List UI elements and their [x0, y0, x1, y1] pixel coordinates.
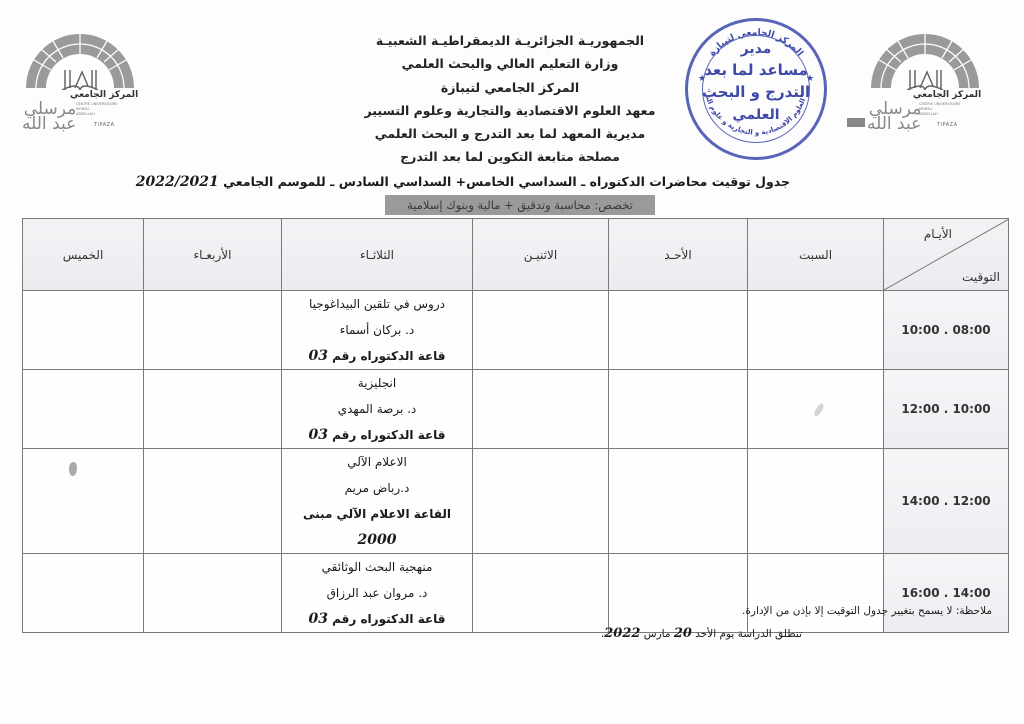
cell-sunday — [609, 370, 748, 449]
cell-wednesday — [144, 554, 282, 633]
course-name: دروس في تلقين البيداغوجيا — [282, 291, 472, 317]
cell-saturday — [748, 554, 884, 633]
logo-subtitle: CENTRE UNIVERSITAIREMORSLIABDELLAH — [76, 102, 118, 117]
stamp-line-2: مساعد لما بعد — [688, 61, 824, 79]
official-stamp: المركز الجامعي لتيبازة معهد العلوم الاقت… — [685, 18, 827, 160]
logo-calligraphy: مرسليعبد الله — [867, 102, 921, 132]
day-header-saturday: السبت — [748, 219, 884, 291]
university-logo-right: المركز الجامعي CENTRE UNIVERSITAIREMORSL… — [845, 30, 1005, 130]
room-name: قاعة الدكتوراه رقم 03 — [282, 606, 472, 632]
cell-tuesday: دروس في تلقين البيداغوجيا د. بركان أسماء… — [282, 291, 473, 370]
cell-thursday — [23, 291, 144, 370]
note-start-date: تنطلق الدراسة يوم الأحد 20 مارس 2022. — [601, 626, 802, 641]
logo-calligraphy: مرسليعبد الله — [22, 102, 76, 132]
session-entry: منهجية البحث الوثائقي د. مروان عبد الرزا… — [282, 554, 472, 632]
header-institute: معهد العلوم الاقتصادية والتجارية وعلوم ا… — [330, 103, 690, 118]
university-logo-left: المركز الجامعي CENTRE UNIVERSITAIREMORSL… — [0, 30, 160, 130]
cell-monday — [473, 291, 609, 370]
logo-name: المركز الجامعي — [913, 90, 981, 100]
header-service: مصلحة متابعة التكوين لما بعد التدرج — [330, 149, 690, 164]
session-entry: دروس في تلقين البيداغوجيا د. بركان أسماء… — [282, 291, 472, 369]
day-header-thursday: الخميس — [23, 219, 144, 291]
time-slot: 10:00 . 08:00 — [884, 291, 1009, 370]
cell-tuesday: منهجية البحث الوثائقي د. مروان عبد الرزا… — [282, 554, 473, 633]
course-name: منهجية البحث الوثائقي — [282, 554, 472, 580]
cell-wednesday — [144, 291, 282, 370]
logo-tipaza: TIPAZA — [94, 122, 115, 128]
cell-tuesday: انجليزية د. برصة المهدي قاعة الدكتوراه ر… — [282, 370, 473, 449]
cell-saturday — [748, 449, 884, 554]
cell-monday — [473, 370, 609, 449]
time-slot: 12:00 . 10:00 — [884, 370, 1009, 449]
room-name: قاعة الدكتوراه رقم 03 — [282, 343, 472, 369]
specialization-band: تخصص: محاسبة وتدقيق + مالية وبنوك إسلامي… — [385, 195, 655, 215]
logo-arch-icon — [865, 30, 985, 90]
academic-year: 2022/2021 — [136, 174, 219, 190]
teacher-name: د.رباض مريم — [282, 475, 472, 501]
cell-monday — [473, 449, 609, 554]
header-ministry: وزارة التعليم العالي والبحث العلمي — [330, 56, 690, 71]
logo-subtitle: CENTRE UNIVERSITAIREMORSLIABDELLAH — [919, 102, 961, 117]
logo-arch-icon — [20, 30, 140, 90]
day-header-tuesday: الثلاثـاء — [282, 219, 473, 291]
note-schedule-change: ملاحظة: لا يسمح بتغيير جدول التوقيت إلا … — [742, 605, 992, 617]
stamp-title: مدير — [688, 41, 824, 57]
days-label: الأيـام — [924, 227, 952, 241]
table-header-row: الأيـام التوقيت السبت الأحـد الاثنيـن ال… — [23, 219, 1009, 291]
header-republic: الجمهوريـة الجزائريـة الديمقراطيـة الشعب… — [330, 33, 690, 48]
schedule-title: جدول توقيت محاضرات الدكتوراه ـ السداسي ا… — [230, 174, 790, 190]
header-university: المركز الجامعي لتيبازة — [330, 80, 690, 95]
course-name: انجليزية — [282, 370, 472, 396]
logo-name: المركز الجامعي — [70, 90, 138, 100]
table-row: 12:00 . 10:00 انجليزية د. برصة المهدي قا… — [23, 370, 1009, 449]
cell-thursday — [23, 449, 144, 554]
teacher-name: د. برصة المهدي — [282, 396, 472, 422]
cell-sunday — [609, 554, 748, 633]
time-label: التوقيت — [962, 270, 1000, 284]
cell-thursday — [23, 554, 144, 633]
stamp-line-4: العلمي — [688, 107, 824, 123]
schedule-table: الأيـام التوقيت السبت الأحـد الاثنيـن ال… — [22, 218, 1009, 633]
day-header-sunday: الأحـد — [609, 219, 748, 291]
header-corner-cell: الأيـام التوقيت — [884, 219, 1009, 291]
logo-tipaza: TIPAZA — [937, 122, 958, 128]
cell-thursday — [23, 370, 144, 449]
course-name: الاعلام الآلي — [282, 449, 472, 475]
teacher-name: د. مروان عبد الرزاق — [282, 580, 472, 606]
stamp-line-3: التدرج و البحث — [688, 83, 824, 101]
day-header-monday: الاثنيـن — [473, 219, 609, 291]
session-entry: انجليزية د. برصة المهدي قاعة الدكتوراه ر… — [282, 370, 472, 448]
day-header-wednesday: الأربعـاء — [144, 219, 282, 291]
cell-tuesday: الاعلام الآلي د.رباض مريم القاعة الاعلام… — [282, 449, 473, 554]
cell-saturday — [748, 291, 884, 370]
table-row: 14:00 . 12:00 الاعلام الآلي د.رباض مريم … — [23, 449, 1009, 554]
session-entry: الاعلام الآلي د.رباض مريم القاعة الاعلام… — [282, 449, 472, 553]
header-directorate: مديرية المعهد لما بعد التدرج و البحث الع… — [330, 126, 690, 141]
cell-wednesday — [144, 370, 282, 449]
cell-wednesday — [144, 449, 282, 554]
time-slot: 16:00 . 14:00 — [884, 554, 1009, 633]
teacher-name: د. بركان أسماء — [282, 317, 472, 343]
cell-sunday — [609, 291, 748, 370]
table-row: 10:00 . 08:00 دروس في تلقين البيداغوجيا … — [23, 291, 1009, 370]
cell-sunday — [609, 449, 748, 554]
logo-badge — [847, 118, 865, 127]
table-row: 16:00 . 14:00 منهجية البحث الوثائقي د. م… — [23, 554, 1009, 633]
time-slot: 14:00 . 12:00 — [884, 449, 1009, 554]
room-name: القاعة الاعلام الآلي مبنى 2000 — [282, 501, 472, 553]
cell-monday — [473, 554, 609, 633]
room-name: قاعة الدكتوراه رقم 03 — [282, 422, 472, 448]
